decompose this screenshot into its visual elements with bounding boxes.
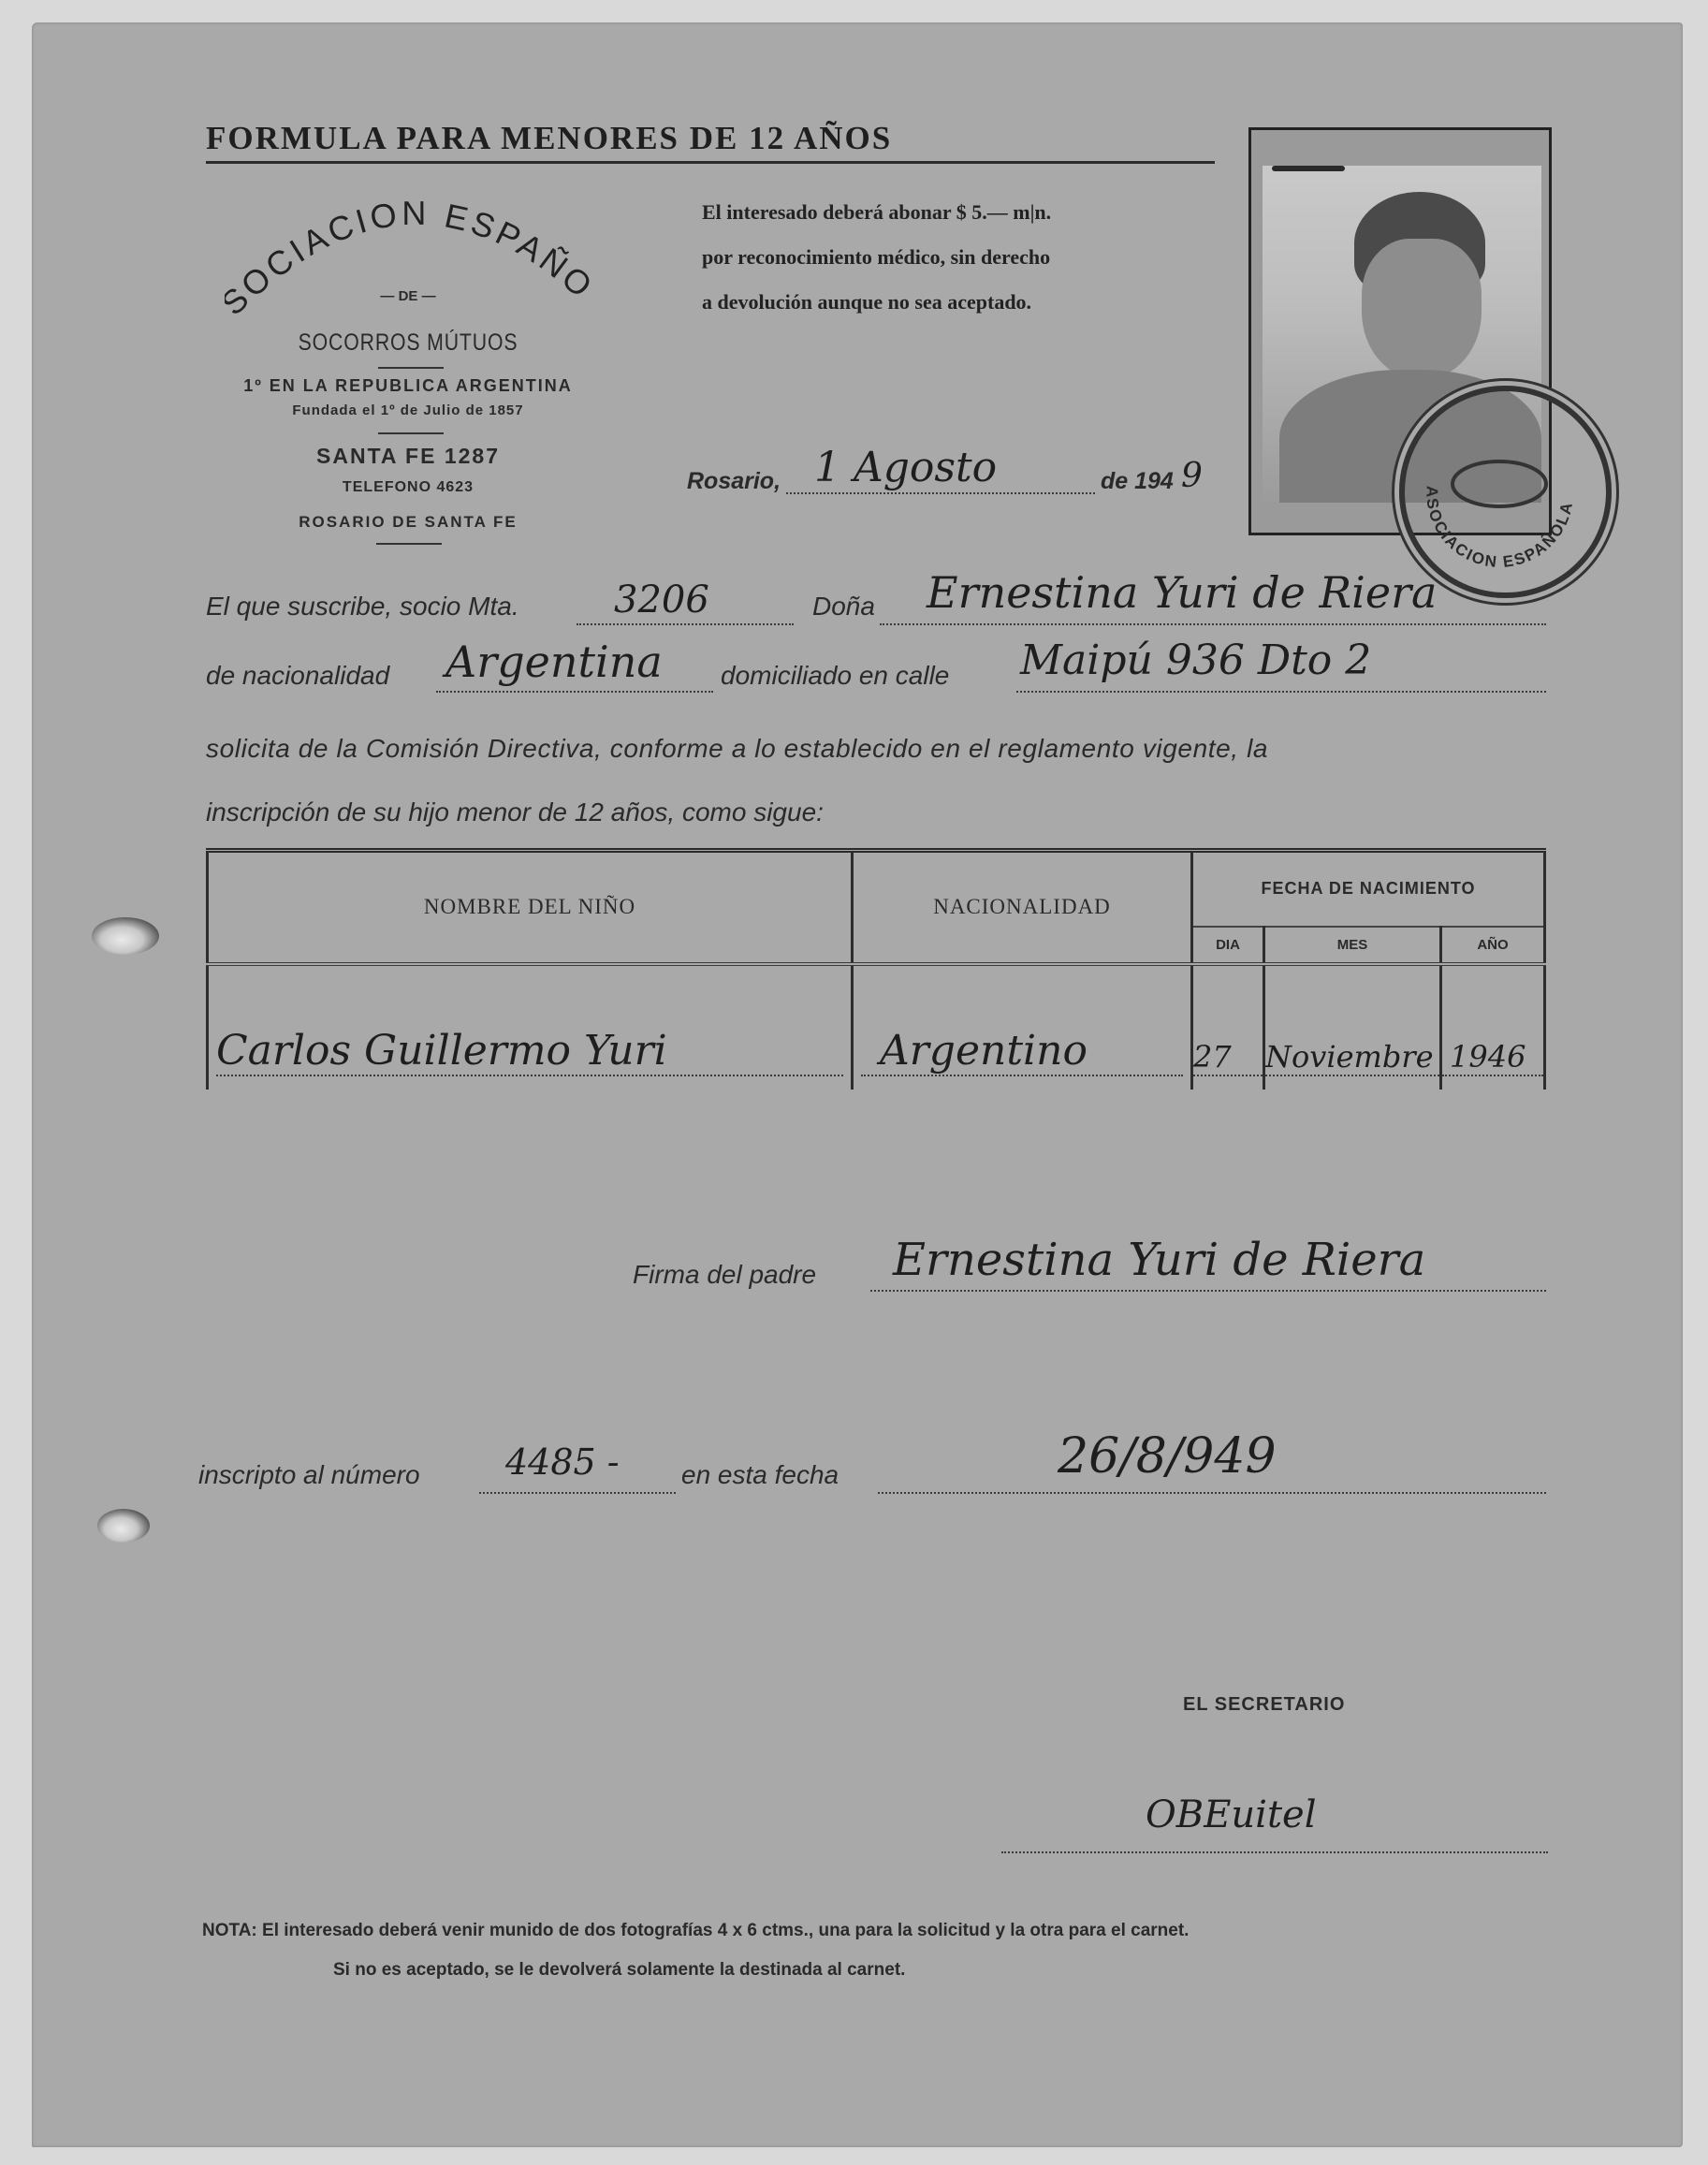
date-place-label: Rosario, bbox=[687, 468, 781, 495]
org-address: SANTA FE 1287 bbox=[193, 444, 623, 469]
org-founded: Fundada el 1º de Julio de 1857 bbox=[193, 402, 623, 418]
org-divider-2 bbox=[378, 432, 444, 434]
children-table: NOMBRE DEL NIÑO NACIONALIDAD FECHA DE NA… bbox=[206, 852, 1546, 1090]
photo-mark bbox=[1272, 166, 1345, 171]
registration-number-label: inscripto al número bbox=[198, 1460, 420, 1490]
address-value: Maipú 936 Dto 2 bbox=[1020, 636, 1371, 684]
note-line1: NOTA: El interesado deberá venir munido … bbox=[202, 1921, 1189, 1941]
member-intro-label: El que suscribe, socio Mta. bbox=[206, 592, 519, 622]
association-stamp: ASOCIACION ESPAÑOLA bbox=[1399, 386, 1612, 598]
cell-month[interactable]: Noviembre bbox=[1264, 966, 1441, 1090]
cell-year[interactable]: 1946 bbox=[1441, 966, 1545, 1090]
title-underline bbox=[206, 161, 1215, 164]
header-year: AÑO bbox=[1441, 927, 1545, 964]
cell-day[interactable]: 27 bbox=[1192, 966, 1264, 1090]
header-day: DIA bbox=[1192, 927, 1264, 964]
header-child-name: NOMBRE DEL NIÑO bbox=[208, 852, 853, 964]
org-divider-1 bbox=[378, 367, 444, 369]
header-month: MES bbox=[1264, 927, 1441, 964]
fee-notice-line3: a devolución aunque no sea aceptado. bbox=[702, 290, 1031, 315]
cell-child-name[interactable]: Carlos Guillermo Yuri bbox=[208, 966, 853, 1090]
address-label: domiciliado en calle bbox=[721, 661, 949, 691]
org-de: — DE — bbox=[193, 288, 623, 304]
registration-date-value: 26/8/949 bbox=[1058, 1428, 1277, 1485]
fee-notice-line1: El interesado deberá abonar $ 5.— m|n. bbox=[702, 200, 1051, 225]
date-day-month-value: 1 Agosto bbox=[814, 444, 997, 491]
secretary-signature: OBEuitel bbox=[1146, 1793, 1316, 1836]
secretary-label: EL SECRETARIO bbox=[1183, 1694, 1345, 1716]
signature-label: Firma del padre bbox=[633, 1260, 816, 1290]
header-birth-date: FECHA DE NACIMIENTO bbox=[1192, 852, 1545, 927]
table-row: Carlos Guillermo Yuri Argentino 27 Novie… bbox=[208, 966, 1545, 1090]
svg-text:ASOCIACION ESPAÑOLA: ASOCIACION ESPAÑOLA bbox=[1423, 486, 1576, 571]
applicant-name-value: Ernestina Yuri de Riera bbox=[927, 567, 1438, 618]
form-title: FORMULA PARA MENORES DE 12 AÑOS bbox=[206, 120, 892, 157]
org-subtitle: SOCORROS MÚTUOS bbox=[226, 329, 591, 357]
request-text-line2: inscripción de su hijo menor de 12 años,… bbox=[206, 797, 824, 827]
registration-date-label: en esta fecha bbox=[681, 1460, 839, 1490]
registration-number-value: 4485 - bbox=[505, 1441, 620, 1483]
org-phone: TELEFONO 4623 bbox=[193, 479, 623, 496]
title-label: Doña bbox=[812, 592, 875, 622]
date-year-label: de 194 bbox=[1101, 468, 1174, 495]
date-year-digit: 9 bbox=[1181, 457, 1203, 495]
nationality-value: Argentina bbox=[445, 636, 663, 687]
signature-value: Ernestina Yuri de Riera bbox=[893, 1234, 1425, 1286]
cell-nationality[interactable]: Argentino bbox=[853, 966, 1192, 1090]
fee-notice-line2: por reconocimiento médico, sin derecho bbox=[702, 245, 1050, 270]
nationality-label: de nacionalidad bbox=[206, 661, 389, 691]
org-line1: 1º EN LA REPUBLICA ARGENTINA bbox=[193, 376, 623, 396]
org-divider-3 bbox=[376, 543, 442, 545]
header-nationality: NACIONALIDAD bbox=[853, 852, 1192, 964]
punch-hole-bottom bbox=[97, 1509, 150, 1543]
member-number-value: 3206 bbox=[614, 578, 709, 622]
photo-face bbox=[1362, 239, 1482, 379]
request-text-line1: solicita de la Comisión Directiva, confo… bbox=[206, 734, 1268, 764]
org-city: ROSARIO DE SANTA FE bbox=[193, 513, 623, 532]
secretary-signature-line[interactable] bbox=[1001, 1851, 1548, 1853]
punch-hole-top bbox=[92, 917, 159, 955]
note-line2: Si no es aceptado, se le devolverá solam… bbox=[333, 1960, 905, 1981]
